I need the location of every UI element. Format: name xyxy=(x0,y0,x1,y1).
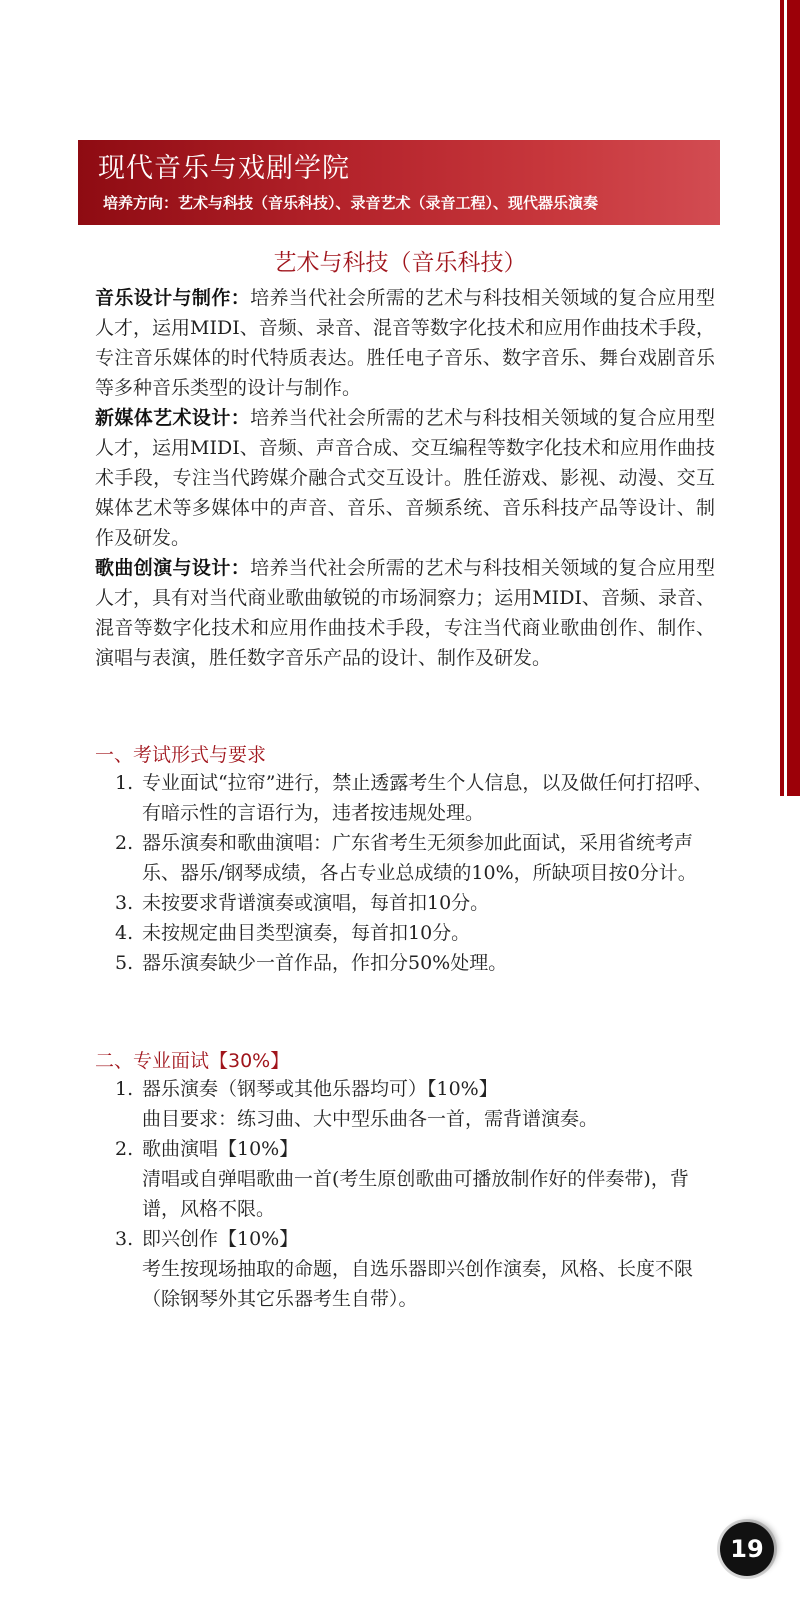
major-title: 艺术与科技（音乐科技） xyxy=(80,244,720,277)
list-item: 3.即兴创作【10%】考生按现场抽取的命题，自选乐器即兴创作演奏，风格、长度不限… xyxy=(115,1224,715,1314)
college-banner: 现代音乐与戏剧学院 培养方向：艺术与科技（音乐科技）、录音艺术（录音工程）、现代… xyxy=(78,140,720,225)
item-title: 器乐演奏（钢琴或其他乐器均可）【10%】 xyxy=(142,1078,498,1100)
direction-label: 歌曲创演与设计： xyxy=(95,557,250,579)
interview-items-list: 1.器乐演奏（钢琴或其他乐器均可）【10%】曲目要求：练习曲、大中型乐曲各一首，… xyxy=(115,1074,715,1314)
list-item: 1.专业面试“拉帘”进行，禁止透露考生个人信息，以及做任何打招呼、有暗示性的言语… xyxy=(115,768,715,828)
direction-paragraph: 新媒体艺术设计：培养当代社会所需的艺术与科技相关领域的复合应用型人才，运用MID… xyxy=(95,403,715,553)
page-number-badge: 19 xyxy=(720,1522,774,1576)
list-item: 1.器乐演奏（钢琴或其他乐器均可）【10%】曲目要求：练习曲、大中型乐曲各一首，… xyxy=(115,1074,715,1134)
college-title: 现代音乐与戏剧学院 xyxy=(98,146,350,185)
list-item: 2.歌曲演唱【10%】清唱或自弹唱歌曲一首(考生原创歌曲可播放制作好的伴奏带)，… xyxy=(115,1134,715,1224)
list-item: 4.未按规定曲目类型演奏，每首扣10分。 xyxy=(115,918,715,948)
list-item: 5.器乐演奏缺少一首作品，作扣分50%处理。 xyxy=(115,948,715,978)
direction-paragraph: 音乐设计与制作：培养当代社会所需的艺术与科技相关领域的复合应用型人才，运用MID… xyxy=(95,283,715,403)
list-item: 2.器乐演奏和歌曲演唱：广东省考生无须参加此面试，采用省统考声乐、器乐/钢琴成绩… xyxy=(115,828,715,888)
page-number: 19 xyxy=(730,1535,763,1563)
item-title: 歌曲演唱【10%】 xyxy=(142,1138,298,1160)
section-heading-exam-format: 一、考试形式与要求 xyxy=(95,740,266,767)
item-detail: 清唱或自弹唱歌曲一首(考生原创歌曲可播放制作好的伴奏带)，背谱，风格不限。 xyxy=(142,1168,689,1220)
major-directions: 音乐设计与制作：培养当代社会所需的艺术与科技相关领域的复合应用型人才，运用MID… xyxy=(95,283,715,673)
direction-label: 新媒体艺术设计： xyxy=(95,407,250,429)
item-detail: 考生按现场抽取的命题，自选乐器即兴创作演奏，风格、长度不限（除钢琴外其它乐器考生… xyxy=(142,1258,693,1310)
item-detail: 曲目要求：练习曲、大中型乐曲各一首，需背谱演奏。 xyxy=(142,1108,598,1130)
decorative-red-bar-thin xyxy=(780,0,784,796)
list-item: 3.未按要求背谱演奏或演唱，每首扣10分。 xyxy=(115,888,715,918)
exam-rules-list: 1.专业面试“拉帘”进行，禁止透露考生个人信息，以及做任何打招呼、有暗示性的言语… xyxy=(115,768,715,978)
direction-label: 音乐设计与制作： xyxy=(95,287,250,309)
training-directions: 培养方向：艺术与科技（音乐科技）、录音艺术（录音工程）、现代器乐演奏 xyxy=(103,192,598,213)
decorative-red-bar-thick xyxy=(787,0,800,796)
item-title: 即兴创作【10%】 xyxy=(142,1228,298,1250)
direction-paragraph: 歌曲创演与设计：培养当代社会所需的艺术与科技相关领域的复合应用型人才，具有对当代… xyxy=(95,553,715,673)
section-heading-interview: 二、专业面试【30%】 xyxy=(95,1046,289,1073)
